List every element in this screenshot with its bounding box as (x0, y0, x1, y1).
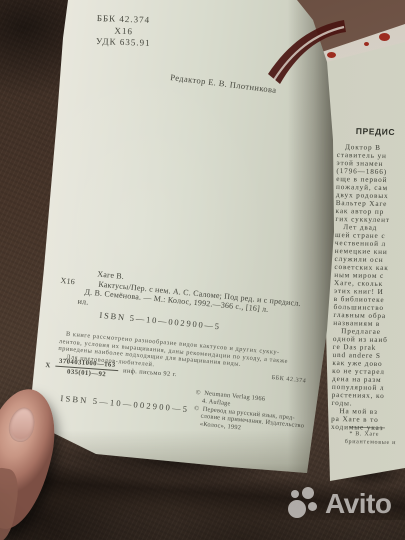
formula-prefix: Х (45, 362, 51, 369)
formula-fraction: 3704031000—163 035(01)—92 (55, 358, 119, 379)
jacket-flower-dot (379, 33, 390, 41)
bbk-number: ББК 42.374 (97, 13, 152, 26)
avito-watermark: Avito (288, 487, 391, 521)
avito-wordmark: Avito (325, 487, 391, 521)
formula-suffix: инф. письмо 92 г. (123, 367, 177, 378)
preface-text-column: Доктор Вставитель унэтой знамен(1796—186… (331, 143, 405, 433)
isbn-bottom: ISBN 5—10—002900—5 (60, 393, 189, 414)
book-photo: ПРЕДИС Доктор Вставитель унэтой знамен(1… (0, 0, 405, 540)
avito-logo-icon (288, 487, 321, 521)
cover-curl-edge (252, 8, 352, 88)
preface-heading: ПРЕДИС (356, 126, 396, 137)
thumbnail-nail (6, 405, 39, 445)
udk-number: УДК 635.91 (96, 36, 151, 49)
classification-block: ББК 42.374 Х16 УДК 635.91 (96, 13, 152, 49)
jacket-flower-dot (364, 42, 369, 46)
preface-footnote: * В. Хагебриантемовые и (345, 431, 397, 447)
